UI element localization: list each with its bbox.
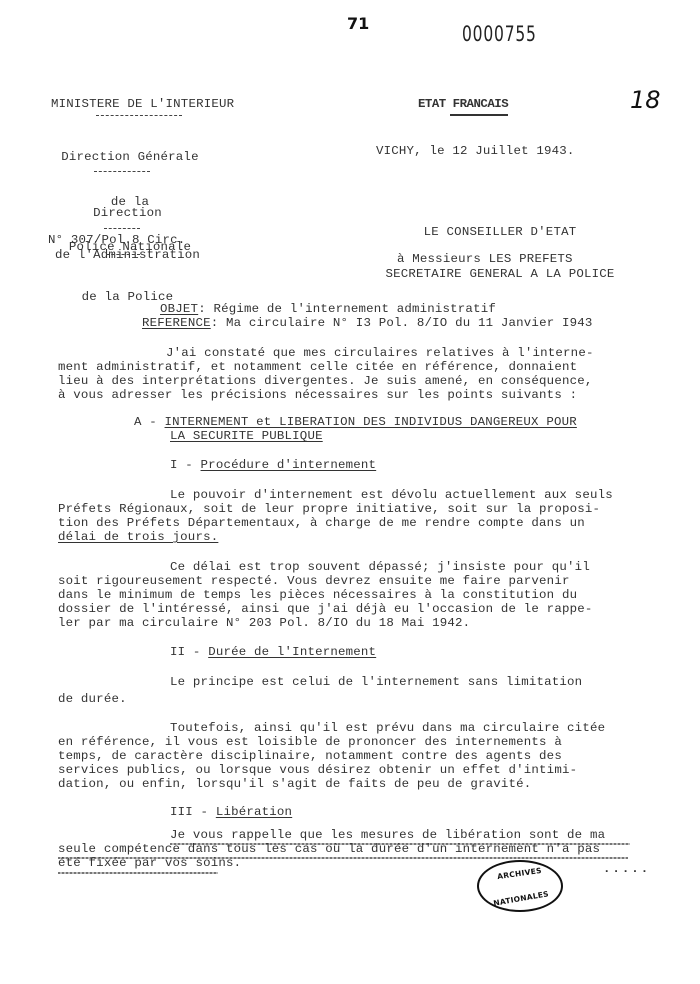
section-3-heading: III - Libération: [170, 805, 292, 819]
divider: [106, 254, 140, 255]
body-line: Ce délai est trop souvent dépassé; j'ins…: [170, 560, 590, 574]
body-line: de durée.: [58, 692, 127, 706]
direction-line: de l'Administration: [40, 248, 215, 262]
ministry-title: MINISTERE DE L'INTERIEUR: [51, 97, 234, 111]
state-heading: ETAT FRANCAIS: [418, 97, 508, 111]
body-line: ment administratif, et notamment celle c…: [58, 360, 577, 374]
section-a-title: INTERNEMENT et LIBERATION DES INDIVIDUS …: [165, 415, 577, 429]
place-date: VICHY, le 12 Juillet 1943.: [376, 144, 575, 158]
reference-line: REFERENCE: Ma circulaire N° I3 Pol. 8/IO…: [142, 316, 593, 330]
section-2-number: II -: [170, 645, 208, 659]
sender-line: LE CONSEILLER D'ETAT: [360, 225, 640, 239]
section-a-prefix: A -: [134, 415, 165, 429]
section-1-title: Procédure d'internement: [201, 458, 377, 472]
reference-text: : Ma circulaire N° I3 Pol. 8/IO du 11 Ja…: [211, 316, 593, 330]
recipient: à Messieurs LES PREFETS: [397, 252, 573, 266]
stamp-line2: NATIONALES: [493, 889, 550, 908]
section-2-heading: II - Durée de l'Internement: [170, 645, 376, 659]
body-line: Le principe est celui de l'internement s…: [170, 675, 582, 689]
circular-reference-number: N° 307/Pol.8 Circ.: [48, 233, 185, 247]
reference-label: REFERENCE: [142, 316, 211, 330]
section-3-number: III -: [170, 805, 216, 819]
section-1-heading: I - Procédure d'internement: [170, 458, 376, 472]
body-line: délai de trois jours.: [58, 530, 218, 544]
objet-line: OBJET: Régime de l'internement administr…: [160, 302, 496, 316]
section-a-line1: A - INTERNEMENT et LIBERATION DES INDIVI…: [134, 415, 577, 429]
objet-label: OBJET: [160, 302, 198, 316]
body-line: lieu à des interprétations divergentes. …: [58, 374, 593, 388]
divider: [104, 228, 140, 229]
section-1-number: I -: [170, 458, 201, 472]
body-line: J'ai constaté que mes circulaires relati…: [166, 346, 594, 360]
body-line: Le pouvoir d'internement est dévolu actu…: [170, 488, 613, 502]
pencil-underline: [58, 872, 218, 874]
direction-line: Direction: [40, 206, 215, 220]
body-line: été fixée par vos soins.: [58, 856, 241, 870]
section-a-title-line2: LA SECURITE PUBLIQUE: [170, 429, 323, 443]
body-line: dossier de l'intéressé, ainsi que j'ai d…: [58, 602, 593, 616]
objet-text: : Régime de l'internement administratif: [198, 302, 496, 316]
body-line: dans le minimum de temps les pièces néce…: [58, 588, 577, 602]
divider: [94, 171, 150, 172]
body-line: Je vous rappelle que les mesures de libé…: [170, 828, 605, 842]
stamp-line1: ARCHIVES: [497, 866, 543, 881]
body-line: à vous adresser les précisions nécessair…: [58, 388, 577, 402]
divider: [96, 115, 182, 116]
section-3-title: Libération: [216, 805, 292, 819]
body-line: seule compétence dans tous les cas où la…: [58, 842, 600, 856]
body-line: en référence, il vous est loisible de pr…: [58, 735, 562, 749]
body-line: services publics, ou lorsque vous désire…: [58, 763, 577, 777]
sender-line: SECRETAIRE GENERAL A LA POLICE: [360, 267, 640, 281]
body-line: tion des Préfets Départementaux, à charg…: [58, 516, 585, 530]
body-line: soit rigoureusement respecté. Vous devre…: [58, 574, 570, 588]
divider: [450, 114, 508, 116]
section-2-title: Durée de l'Internement: [208, 645, 376, 659]
body-line: Toutefois, ainsi qu'il est prévu dans ma…: [170, 721, 605, 735]
continuation-marker: .....: [603, 862, 650, 876]
body-line: dation, ou enfin, lorsqu'il s'agit de fa…: [58, 777, 531, 791]
archive-number: 0000755: [462, 22, 537, 46]
handwritten-page-number: 18: [630, 86, 661, 114]
handwritten-folio-number: 71: [347, 14, 369, 33]
archives-nationales-stamp: ARCHIVES NATIONALES: [477, 860, 563, 912]
body-line: ler par ma circulaire N° 203 Pol. 8/IO d…: [58, 616, 470, 630]
direction-generale-line: Direction Générale: [40, 150, 220, 165]
body-line: Préfets Régionaux, soit de leur propre i…: [58, 502, 600, 516]
body-line: temps, de caractère disciplinaire, notam…: [58, 749, 562, 763]
